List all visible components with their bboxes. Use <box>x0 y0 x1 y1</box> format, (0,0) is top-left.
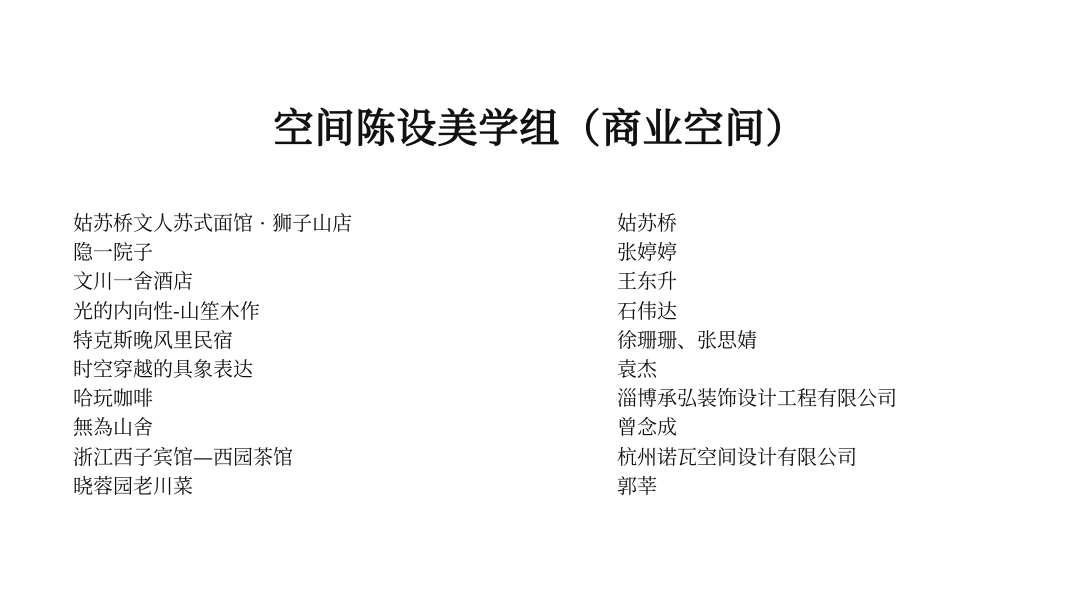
project-name: 姑苏桥文人苏式面馆 · 狮子山店 <box>73 209 352 238</box>
author-list: 姑苏桥 张婷婷 王东升 石伟达 徐珊珊、张思婧 袁杰 淄博承弘装饰设计工程有限公… <box>617 209 897 501</box>
page-title: 空间陈设美学组（商业空间） <box>0 103 1080 155</box>
author-name: 石伟达 <box>617 297 897 326</box>
project-list: 姑苏桥文人苏式面馆 · 狮子山店 隐一院子 文川一舍酒店 光的内向性-山笙木作 … <box>73 209 352 501</box>
project-name: 特克斯晚风里民宿 <box>73 326 352 355</box>
author-name: 郭莘 <box>617 472 897 501</box>
project-name: 时空穿越的具象表达 <box>73 355 352 384</box>
project-name: 文川一舍酒店 <box>73 267 352 296</box>
project-name: 隐一院子 <box>73 238 352 267</box>
author-name: 淄博承弘装饰设计工程有限公司 <box>617 384 897 413</box>
author-name: 姑苏桥 <box>617 209 897 238</box>
author-name: 徐珊珊、张思婧 <box>617 326 897 355</box>
project-name: 哈玩咖啡 <box>73 384 352 413</box>
author-name: 张婷婷 <box>617 238 897 267</box>
project-name: 光的内向性-山笙木作 <box>73 297 352 326</box>
project-name: 浙江西子宾馆—西园茶馆 <box>73 443 352 472</box>
author-name: 曾念成 <box>617 413 897 442</box>
project-name: 無為山舍 <box>73 413 352 442</box>
author-name: 王东升 <box>617 267 897 296</box>
author-name: 袁杰 <box>617 355 897 384</box>
project-name: 晓蓉园老川菜 <box>73 472 352 501</box>
author-name: 杭州诺瓦空间设计有限公司 <box>617 443 897 472</box>
